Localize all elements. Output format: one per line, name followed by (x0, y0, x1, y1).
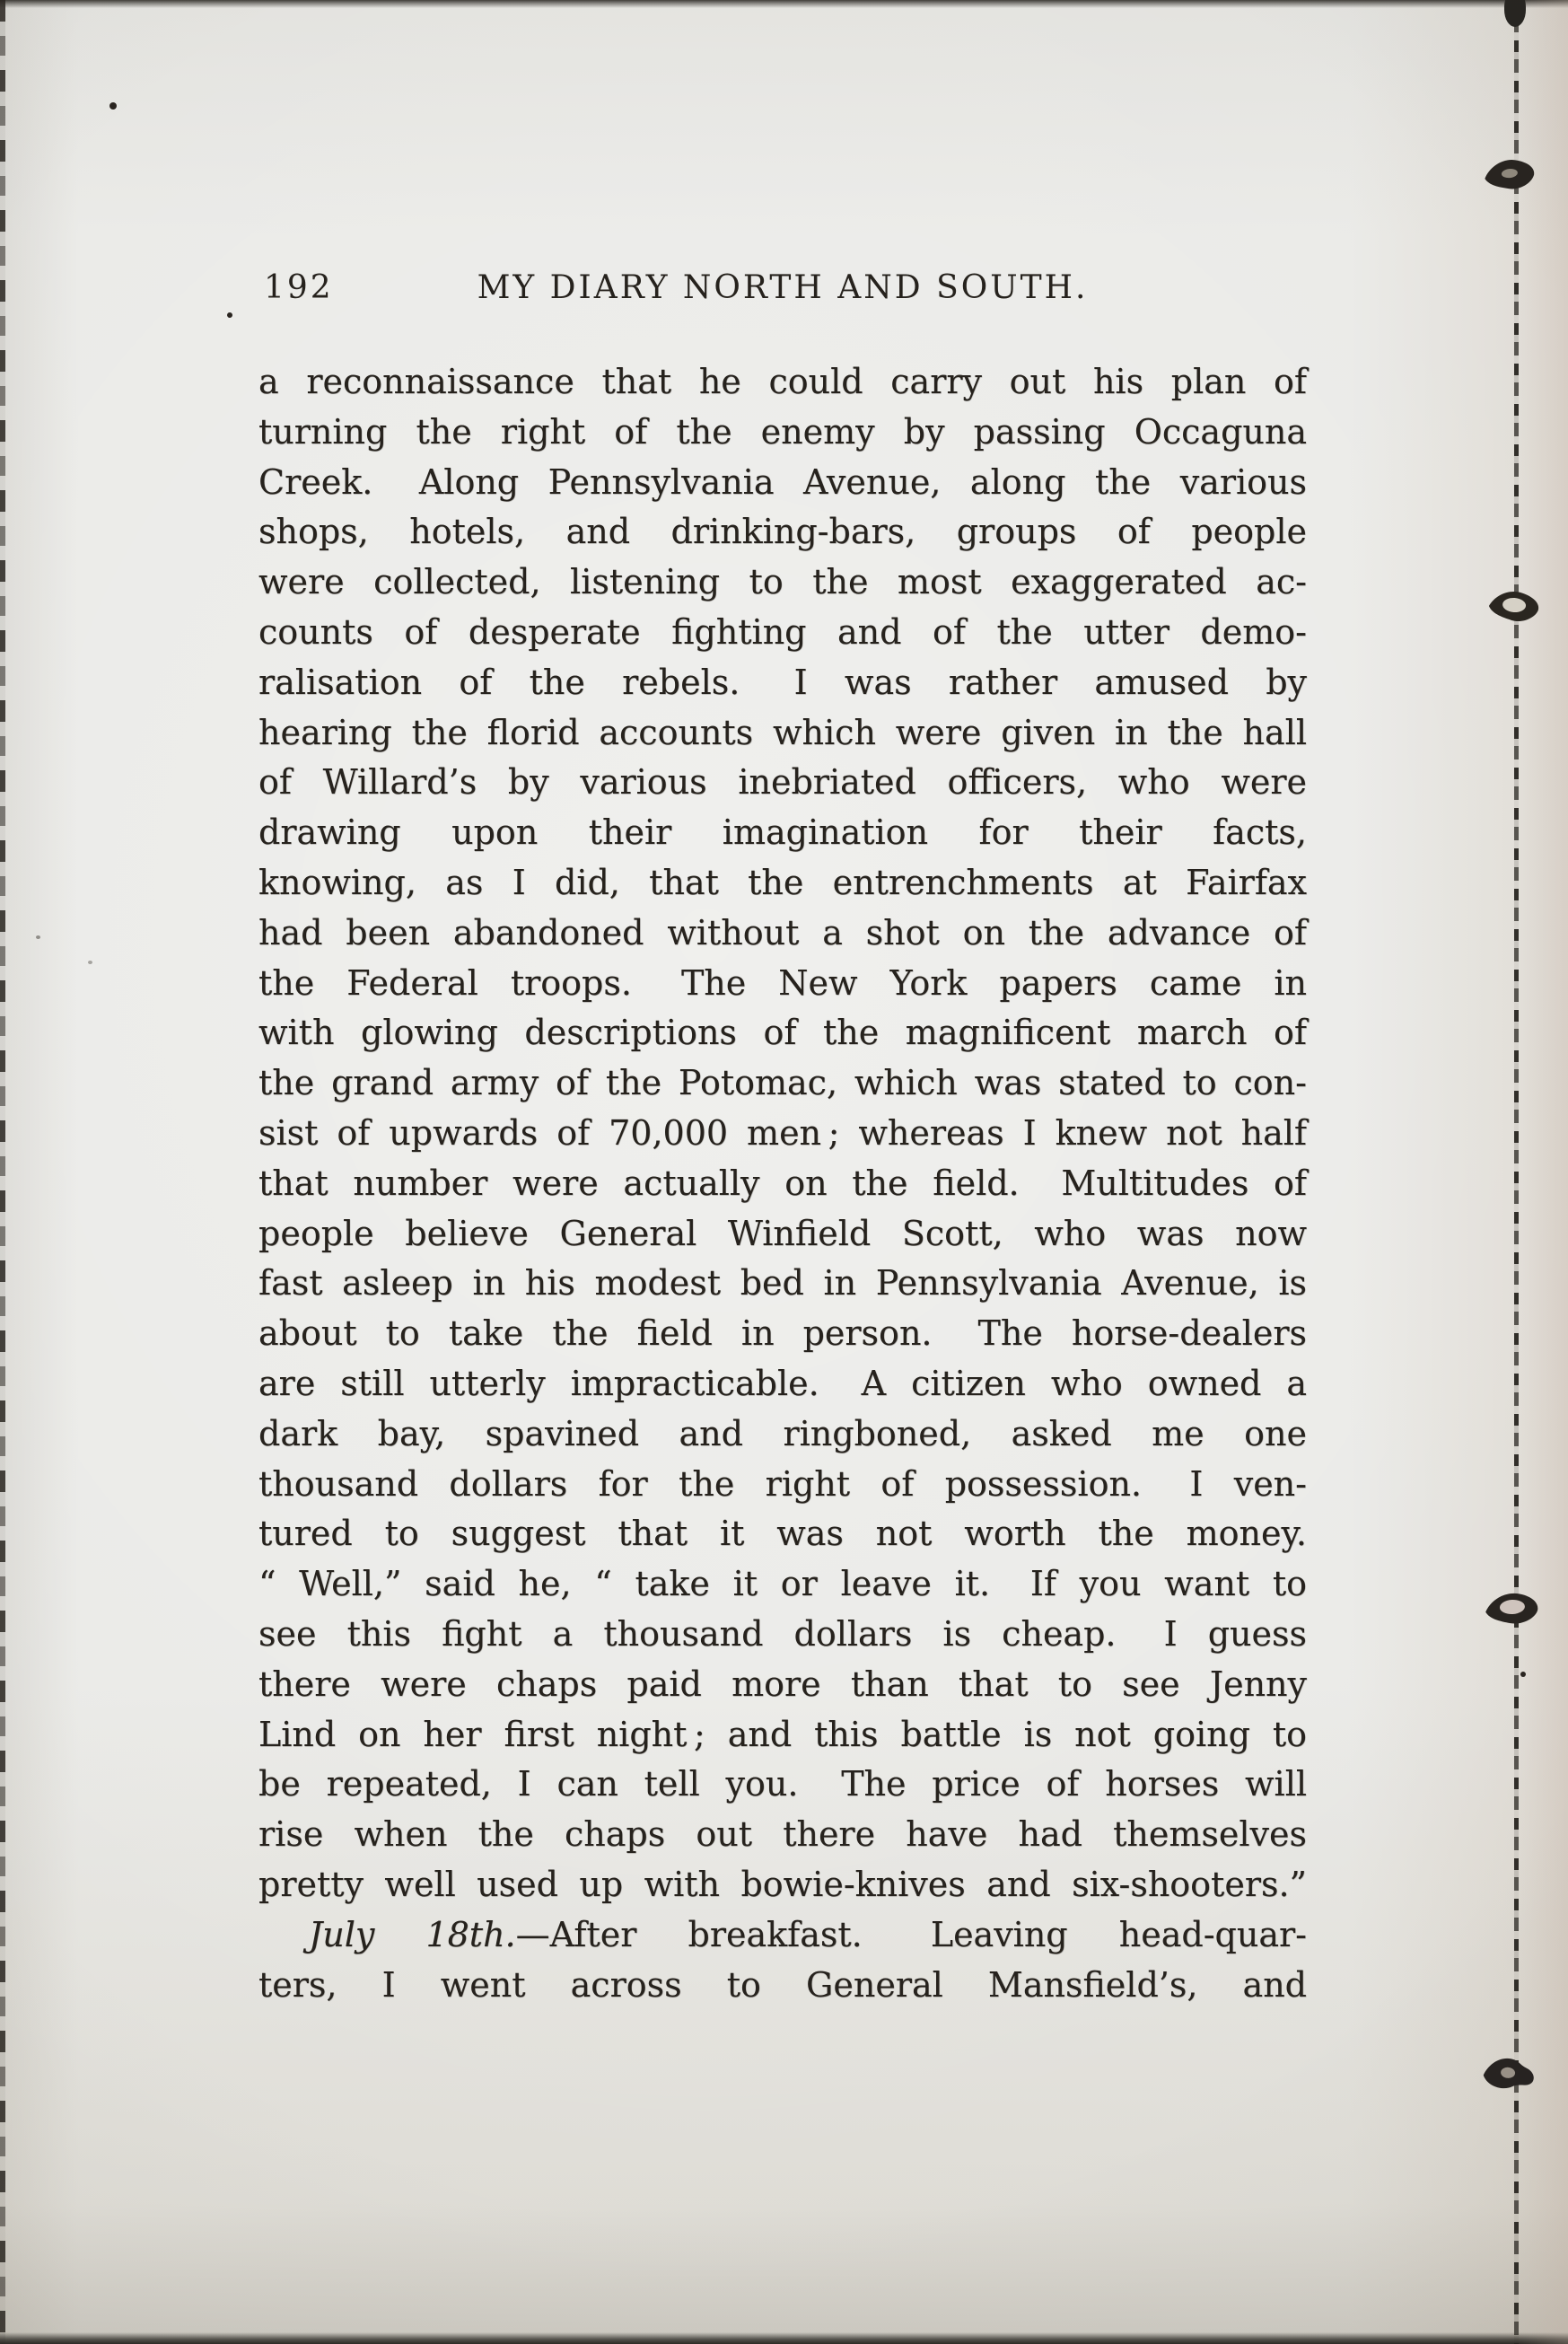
text-line: about to take the field in person. The h… (258, 1309, 1307, 1359)
stitch-knot (1479, 2050, 1540, 2097)
text-line: July 18th.—After breakfast. Leaving head… (258, 1910, 1307, 1961)
ink-speck (88, 961, 92, 964)
text-line: ters, I went across to General Mansfield… (258, 1961, 1307, 2011)
text-line: of Willard’s by various inebriated offic… (258, 758, 1307, 808)
text-line: with glowing descriptions of the magnifi… (258, 1008, 1307, 1058)
text-line: thousand dollars for the right of posses… (258, 1460, 1307, 1510)
diary-date: July 18th. (309, 1915, 516, 1954)
page-bottom-edge (0, 2332, 1568, 2344)
text-line: “ Well,” said he, “ take it or leave it.… (258, 1559, 1307, 1610)
text-line: a reconnaissance that he could carry out… (258, 357, 1307, 408)
stitch-knot (1481, 152, 1540, 197)
text-line: fast asleep in his modest bed in Pennsyl… (258, 1259, 1307, 1309)
text-line: knowing, as I did, that the entrenchment… (258, 858, 1307, 909)
text-line: Creek. Along Pennsylvania Avenue, along … (258, 458, 1307, 508)
ink-speck (36, 935, 40, 939)
stitch-knot (1482, 1585, 1543, 1629)
stitch-knot (1485, 584, 1543, 628)
text-line: the Federal troops. The New York papers … (258, 959, 1307, 1009)
body-text: a reconnaissance that he could carry out… (258, 357, 1307, 2010)
text-line: be repeated, I can tell you. The price o… (258, 1760, 1307, 1810)
binding-thread (1514, 0, 1519, 2344)
text-line: tured to suggest that it was not worth t… (258, 1509, 1307, 1559)
page-number: 192 (264, 269, 334, 306)
running-title: MY DIARY NORTH AND SOUTH. (258, 269, 1307, 306)
text-line: are still utterly impracticable. A citiz… (258, 1359, 1307, 1409)
ink-speck (227, 312, 232, 318)
text-line: pretty well used up with bowie-knives an… (258, 1860, 1307, 1910)
text-line: turning the right of the enemy by passin… (258, 408, 1307, 458)
text-line: the grand army of the Potomac, which was… (258, 1058, 1307, 1109)
text-line: drawing upon their imagination for their… (258, 808, 1307, 858)
text-line: sist of upwards of 70,000 men ; whereas … (258, 1109, 1307, 1159)
text-line: dark bay, spavined and ringboned, asked … (258, 1409, 1307, 1460)
text-line: that number were actually on the field. … (258, 1159, 1307, 1209)
text-line: rise when the chaps out there have had t… (258, 1810, 1307, 1860)
book-page-scan: 192 MY DIARY NORTH AND SOUTH. a reconnai… (0, 0, 1568, 2344)
page-left-edge (0, 0, 5, 2344)
ink-speck (109, 102, 117, 110)
text-line: ralisation of the rebels. I was rather a… (258, 658, 1307, 708)
text-line: hearing the florid accounts which were g… (258, 708, 1307, 759)
text-line: counts of desperate fighting and of the … (258, 608, 1307, 658)
page-top-edge (0, 0, 1568, 8)
text-line: people believe General Winfield Scott, w… (258, 1209, 1307, 1260)
text-line: see this fight a thousand dollars is che… (258, 1610, 1307, 1660)
text-line: Lind on her first night ; and this battl… (258, 1710, 1307, 1760)
gutter-shade (1519, 0, 1568, 2344)
text-line: shops, hotels, and drinking-bars, groups… (258, 507, 1307, 557)
text-line: were collected, listening to the most ex… (258, 557, 1307, 608)
text-line: there were chaps paid more than that to … (258, 1660, 1307, 1710)
running-head: 192 MY DIARY NORTH AND SOUTH. (258, 269, 1307, 314)
text-line: had been abandoned without a shot on the… (258, 909, 1307, 959)
ink-speck (1520, 1672, 1526, 1677)
